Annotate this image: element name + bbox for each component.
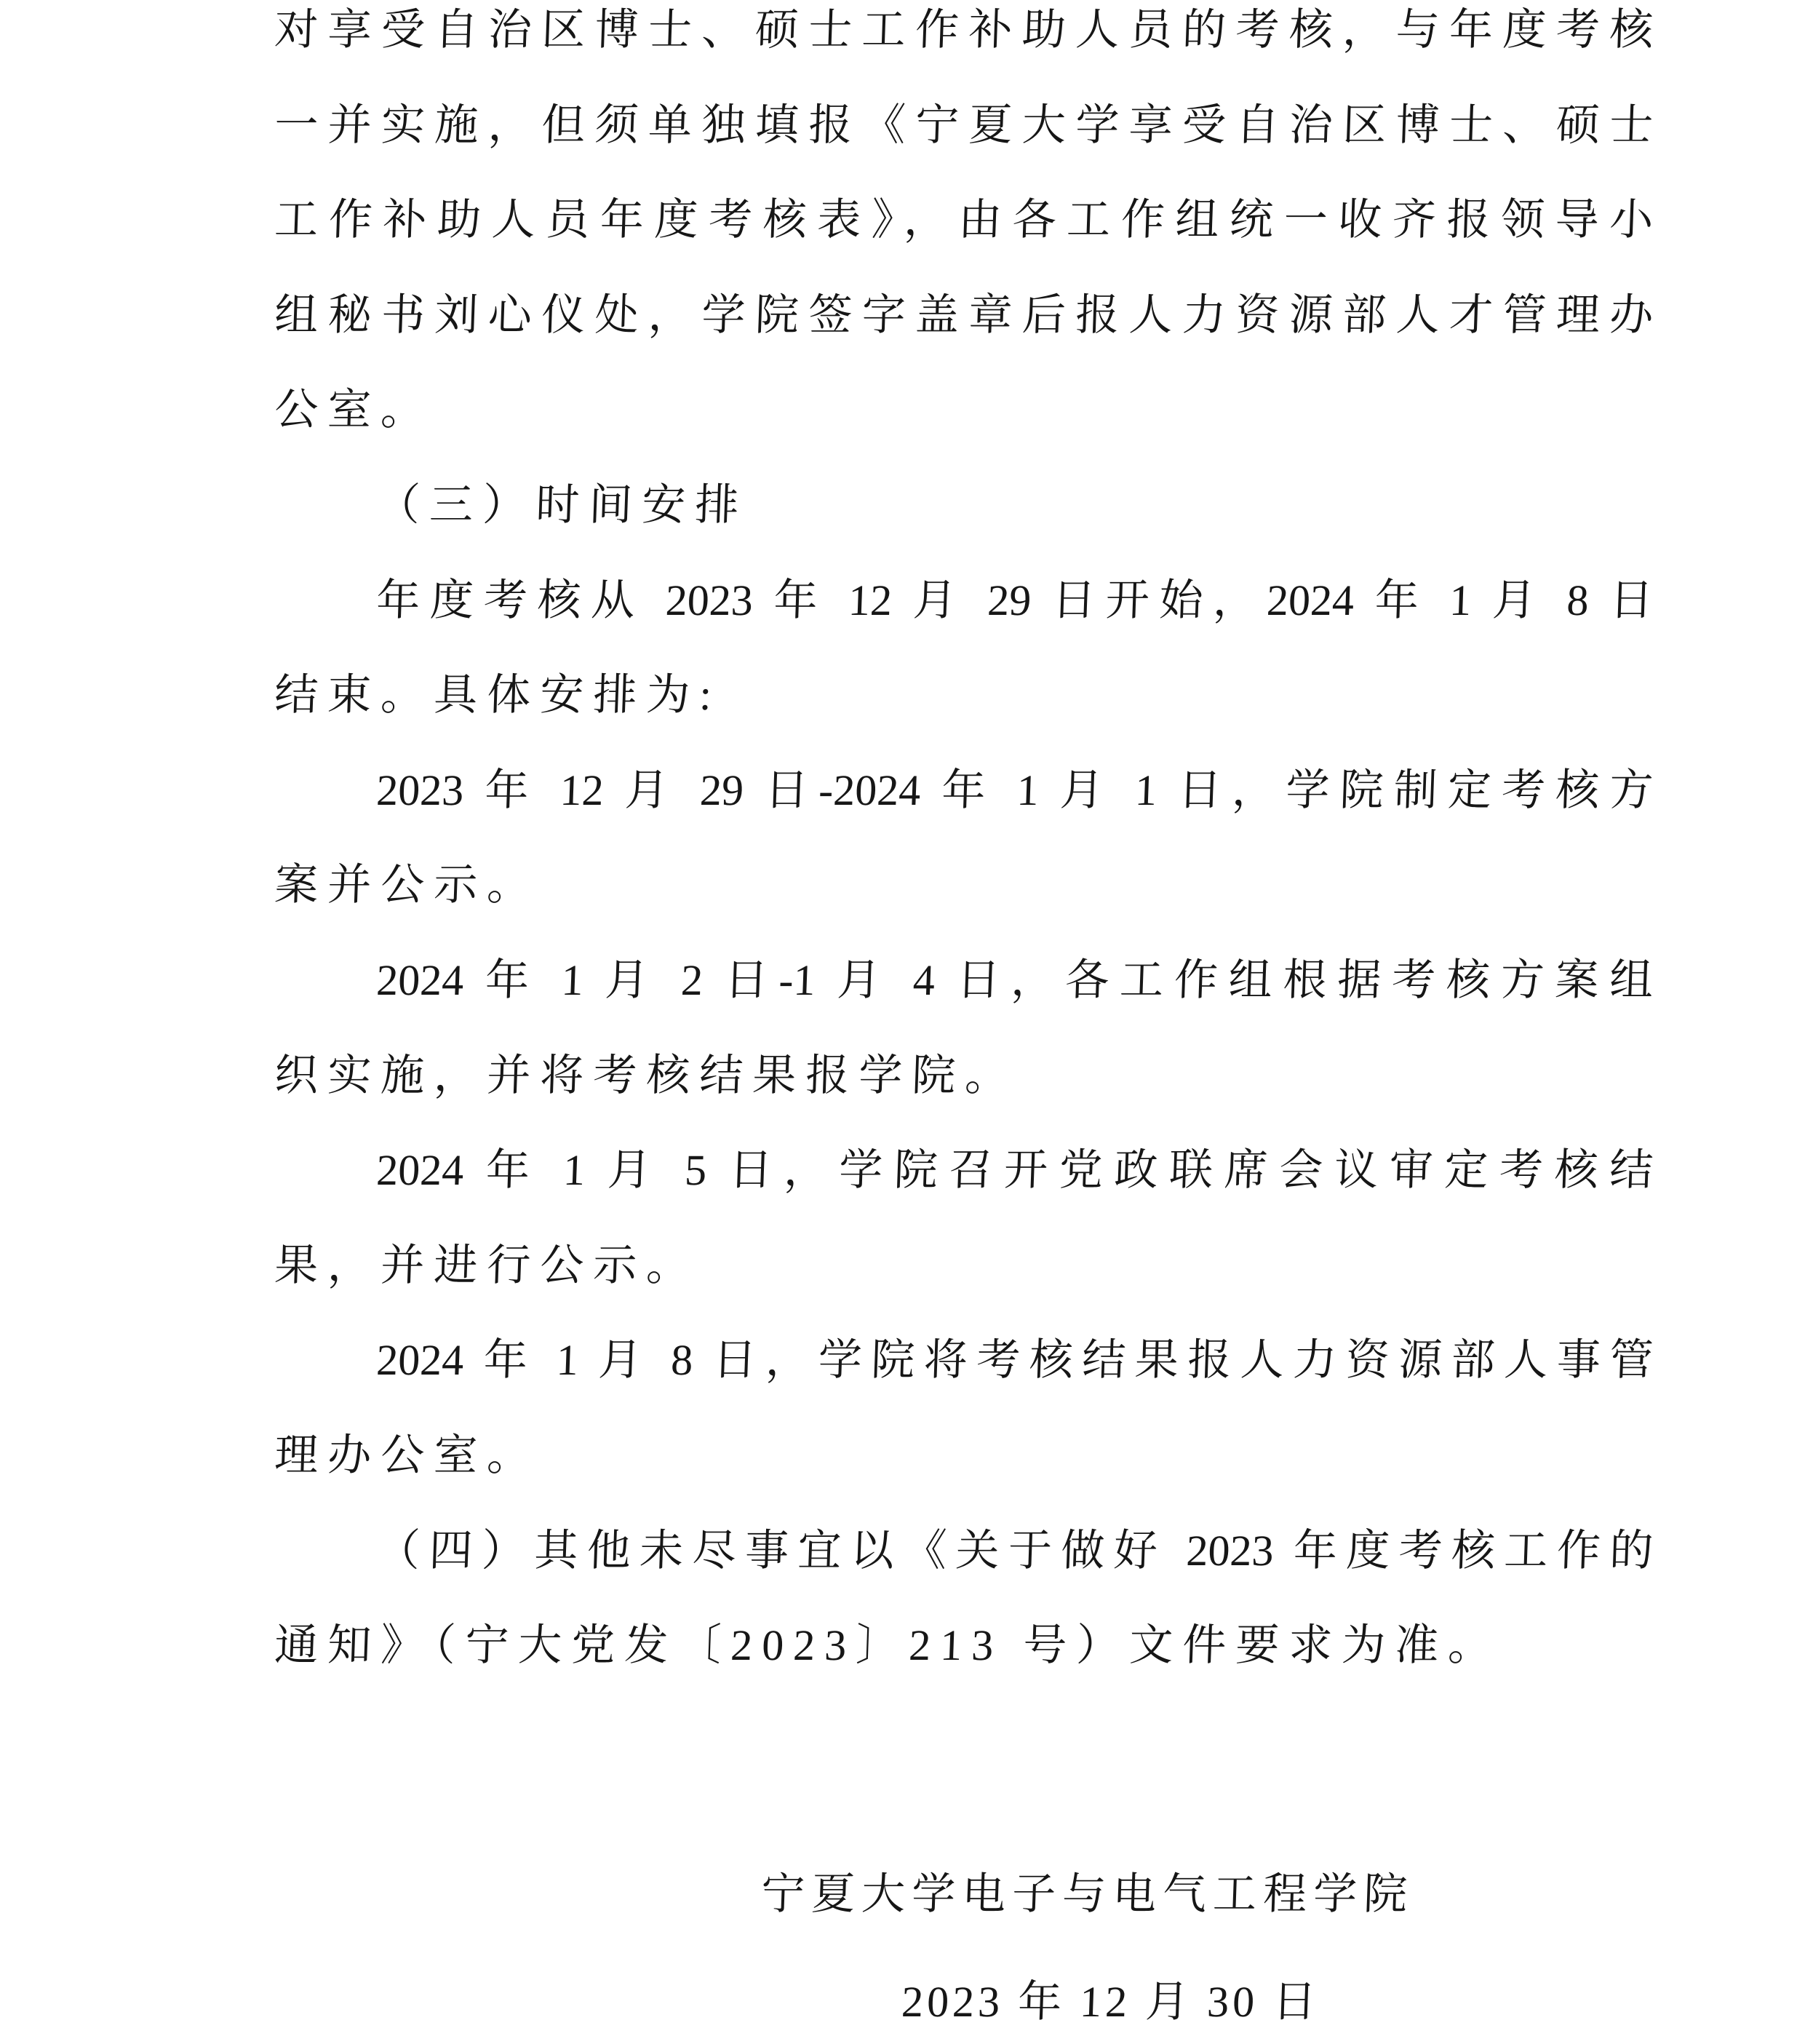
- text-line: （三）时间安排: [375, 458, 1655, 553]
- text-line: 工作补助人员年度考核表》，由各工作组统一收齐报领导小: [273, 172, 1655, 268]
- text-line: 案并公示。: [273, 838, 1655, 933]
- signature-organization: 宁夏大学电子与电气工程学院: [760, 1869, 1414, 1920]
- text-line: 通知》（宁大党发〔2023〕213 号）文件要求为准。: [273, 1598, 1655, 1693]
- text-line: 2024 年 1 月 8 日，学院将考核结果报人力资源部人事管: [375, 1313, 1655, 1408]
- text-line: 组秘书刘心仪处，学院签字盖章后报人力资源部人才管理办: [273, 268, 1655, 363]
- document-body: 对享受自治区博士、硕士工作补助人员的考核，与年度考核一并实施，但须单独填报《宁夏…: [273, 0, 1651, 1693]
- text-line: 对享受自治区博士、硕士工作补助人员的考核，与年度考核: [273, 0, 1655, 78]
- text-line: 理办公室。: [273, 1408, 1655, 1503]
- text-line: 结束。具体安排为:: [273, 648, 1655, 743]
- text-line: 2024 年 1 月 2 日-1 月 4 日，各工作组根据考核方案组: [375, 933, 1655, 1028]
- text-line: （四）其他未尽事宜以《关于做好 2023 年度考核工作的: [375, 1503, 1655, 1599]
- text-line: 果，并进行公示。: [273, 1218, 1655, 1313]
- text-line: 2023 年 12 月 29 日-2024 年 1 月 1 日，学院制定考核方: [375, 743, 1655, 838]
- text-line: 织实施，并将考核结果报学院。: [273, 1028, 1655, 1124]
- text-line: 年度考核从 2023 年 12 月 29 日开始，2024 年 1 月 8 日: [375, 553, 1655, 648]
- document-page: 对享受自治区博士、硕士工作补助人员的考核，与年度考核一并实施，但须单独填报《宁夏…: [0, 0, 1805, 2044]
- text-line: 公室。: [273, 362, 1655, 458]
- text-line: 2024 年 1 月 5 日，学院召开党政联席会议审定考核结: [375, 1123, 1655, 1218]
- signature-date: 2023 年 12 月 30 日: [901, 1976, 1320, 2027]
- text-line: 一并实施，但须单独填报《宁夏大学享受自治区博士、硕士: [273, 78, 1655, 173]
